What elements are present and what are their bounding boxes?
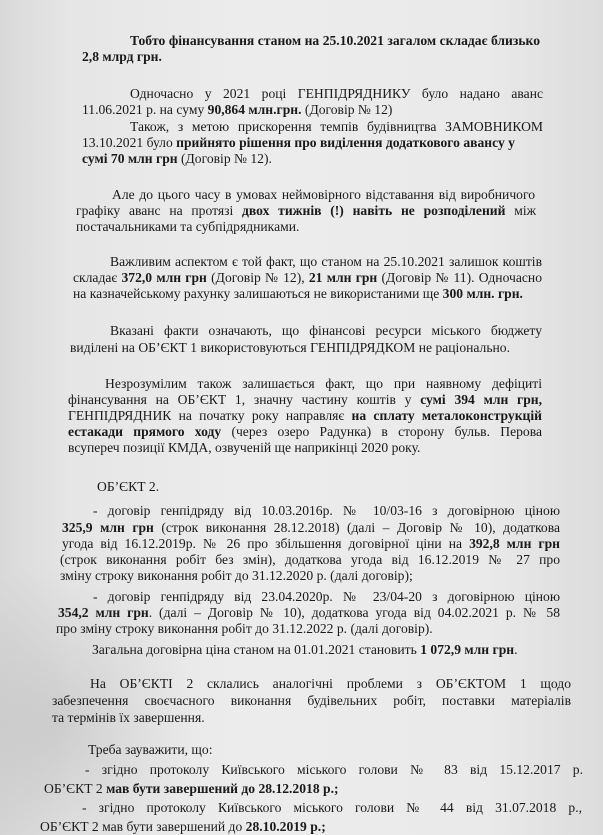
text: фінансування на ОБ’ЄКТ 1, значну частину… (68, 392, 420, 407)
text: виділені на ОБ’ЄКТ 1 використовуються ГЕ… (70, 340, 510, 355)
text: Але до цього часу в умовах неймовірного … (112, 187, 535, 202)
text: Вказані факти означають, що фінансові ре… (110, 323, 542, 338)
text: Важливим аспектом є той факт, що станом … (110, 254, 542, 269)
text: Незрозумілим також залишається факт, що … (105, 376, 542, 391)
text-line: 2,8 млрд грн. (82, 49, 162, 65)
text: (Договір № 12). (178, 151, 272, 166)
text-line: зміну строку виконання робіт до 31.12.20… (60, 568, 413, 584)
text: зміну строку виконання робіт до 31.12.20… (60, 568, 413, 583)
text-line: 354,2 млн грн. (далі – Договір № 10), до… (58, 605, 560, 621)
text-line: на казначейському рахунку залишаються не… (73, 286, 523, 302)
bold-text: двох тижнів (!) навіть не розподілений (242, 203, 505, 218)
bold-text: сумі 70 млн грн (82, 151, 178, 166)
text: . (514, 642, 517, 657)
text: . (далі – Договір № 10), додаткова угода… (149, 605, 560, 620)
text-line: Важливим аспектом є той факт, що станом … (110, 254, 542, 270)
text: (Договір № 12), (207, 270, 309, 285)
text-line: ГЕНПІДРЯДНИК на початку року направляє н… (68, 408, 542, 424)
text: (Договір № 11). Одночасно (377, 270, 542, 285)
bold-text: 300 млн. грн. (443, 286, 523, 301)
text-line: Треба зауважити, що: (88, 742, 212, 758)
bold-text: естакади прямого ходу (68, 424, 221, 439)
text-line: графіку аванс на протязі двох тижнів (!)… (76, 203, 536, 219)
text-line: ОБ’ЄКТ 2. (97, 479, 159, 495)
text-line: естакади прямого ходу (через озеро Радун… (68, 424, 542, 440)
text-line: 11.06.2021 р. на суму 90,864 млн.грн. (Д… (82, 102, 392, 118)
text-line: - договір генпідряду від 10.03.2016р. № … (93, 503, 560, 519)
bold-text: 90,864 млн.грн. (208, 102, 302, 117)
text: - згідно протоколу Київського міського г… (85, 762, 583, 777)
bold-text: 2,8 млрд грн. (82, 49, 162, 64)
text: Треба зауважити, що: (88, 742, 212, 757)
text-line: - згідно протоколу Київського міського г… (82, 800, 582, 816)
bold-text: сумі 394 млн грн, (420, 392, 542, 407)
text: (строк виконання робіт без змін), додатк… (60, 552, 560, 567)
text: між (505, 203, 536, 218)
text-line: про зміну строку виконання робіт до 31.1… (56, 621, 433, 637)
text: (через озеро Радунка) в сторону бульв. П… (221, 424, 542, 439)
text: Також, з метою прискорення темпів будівн… (130, 119, 543, 134)
text: - договір генпідряду від 10.03.2016р. № … (93, 503, 560, 518)
text-line: Одночасно у 2021 році ГЕНПІДРЯДНИКУ було… (130, 86, 543, 102)
text: На ОБ’ЄКТІ 2 склались аналогічні проблем… (90, 676, 571, 691)
text: (строк виконання 28.12.2018) (далі – Дог… (154, 520, 560, 535)
bold-text: 28.10.2019 р.; (246, 819, 326, 834)
text: - договір генпідряду від 23.04.2020р. № … (93, 589, 560, 604)
text: 11.06.2021 р. на суму (82, 102, 208, 117)
text-line: 13.10.2021 було прийнято рішення про вид… (82, 135, 495, 151)
text-line: Загальна договірна ціна станом на 01.01.… (92, 642, 518, 658)
text: ОБ’ЄКТ 2 (44, 781, 106, 796)
text-line: складає 372,0 млн грн (Договір № 12), 21… (73, 270, 542, 286)
text-line: фінансування на ОБ’ЄКТ 1, значну частину… (68, 392, 542, 408)
bold-text: 1 072,9 млн грн (420, 642, 514, 657)
text-line: - згідно протоколу Київського міського г… (85, 762, 583, 778)
text: - згідно протоколу Київського міського г… (82, 800, 582, 815)
text-line: та термінів їх завершення. (52, 710, 205, 726)
text-line: - договір генпідряду від 23.04.2020р. № … (93, 589, 560, 605)
text: на казначейському рахунку залишаються не… (73, 286, 443, 301)
bold-text: на сплату металоконструкцій (352, 408, 542, 423)
text-line: Але до цього часу в умовах неймовірного … (112, 187, 535, 203)
text: 13.10.2021 було (82, 135, 176, 150)
text: графіку аванс на протязі (76, 203, 242, 218)
text: Загальна договірна ціна станом на 01.01.… (92, 642, 420, 657)
text: Одночасно у 2021 році ГЕНПІДРЯДНИКУ було… (130, 86, 543, 101)
text: угода від 16.12.2019р. № 26 про збільшен… (62, 536, 469, 551)
text: ОБ’ЄКТ 2. (97, 479, 159, 494)
text: всупереч позиції КМДА, озвученій ще напр… (68, 440, 420, 455)
text: складає (73, 270, 122, 285)
text-line: забезпечення своєчасного виконання будів… (52, 693, 571, 709)
text-line: сумі 70 млн грн (Договір № 12). (82, 151, 272, 167)
text-line: Вказані факти означають, що фінансові ре… (110, 323, 542, 339)
text: та термінів їх завершення. (52, 710, 205, 725)
text-line: Також, з метою прискорення темпів будівн… (130, 119, 543, 135)
text-line: ОБ’ЄКТ 2 мав бути завершений до 28.12.20… (44, 781, 339, 797)
text-line: ОБ’ЄКТ 2 мав бути завершений до 28.10.20… (40, 819, 326, 835)
bold-text: 392,8 млн грн (469, 536, 560, 551)
bold-text: 372,0 млн грн (122, 270, 207, 285)
bold-text: Тобто фінансування станом на 25.10.2021 … (130, 33, 540, 48)
text-line: угода від 16.12.2019р. № 26 про збільшен… (62, 536, 560, 552)
text: постачальниками та субпідрядниками. (76, 219, 299, 234)
text-line: (строк виконання робіт без змін), додатк… (60, 552, 560, 568)
text-line: всупереч позиції КМДА, озвученій ще напр… (68, 440, 420, 456)
document-page: Тобто фінансування станом на 25.10.2021 … (0, 0, 603, 835)
text-line: 325,9 млн грн (строк виконання 28.12.201… (62, 520, 560, 536)
text-line: виділені на ОБ’ЄКТ 1 використовуються ГЕ… (70, 340, 510, 356)
text: (Договір № 12) (302, 102, 393, 117)
text: ОБ’ЄКТ 2 мав бути завершений до (40, 819, 246, 834)
bold-text: 354,2 млн грн (58, 605, 149, 620)
text-line: Тобто фінансування станом на 25.10.2021 … (130, 33, 540, 49)
bold-text: мав бути завершений до 28.12.2018 р.; (106, 781, 338, 796)
bold-text: 325,9 млн грн (62, 520, 154, 535)
bold-text: 21 млн грн (309, 270, 377, 285)
text-line: Незрозумілим також залишається факт, що … (105, 376, 542, 392)
text: про зміну строку виконання робіт до 31.1… (56, 621, 433, 636)
text-line: постачальниками та субпідрядниками. (76, 219, 299, 235)
text: ГЕНПІДРЯДНИК на початку року направляє (68, 408, 352, 423)
bold-text: прийнято рішення про виділення додатково… (176, 135, 515, 150)
text: забезпечення своєчасного виконання будів… (52, 693, 571, 708)
text-line: На ОБ’ЄКТІ 2 склались аналогічні проблем… (90, 676, 571, 692)
